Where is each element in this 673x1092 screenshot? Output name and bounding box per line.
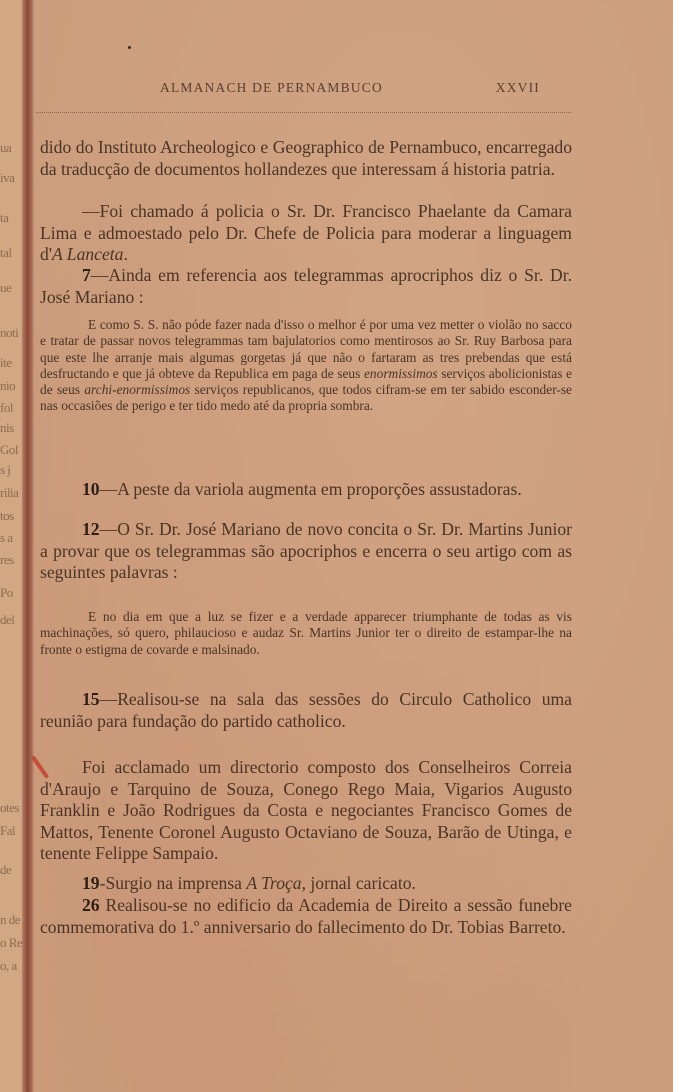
- ink-speck: [128, 46, 131, 49]
- previous-page-text-fragment: tos: [0, 508, 14, 524]
- publication-title: ALMANACH DE PERNAMBUCO: [160, 80, 383, 96]
- paragraph-police: —Foi chamado á policia o Sr. Dr. Francis…: [40, 201, 572, 266]
- previous-page-text-fragment: o, a: [0, 958, 17, 974]
- previous-page-text-fragment: tal: [0, 245, 12, 261]
- quote-text: E no dia em que a luz se fizer e a verda…: [40, 609, 572, 658]
- entry-day-26: 26 Realisou-se no edificio da Academia d…: [40, 895, 572, 938]
- previous-page-text-fragment: s a: [0, 530, 13, 546]
- day-number: 26: [82, 895, 100, 915]
- italic-word: archi-enormissimos: [84, 382, 190, 397]
- paragraph-body: Realisou-se no edificio da Academia de D…: [40, 895, 572, 937]
- day-number: 7: [82, 265, 91, 285]
- entry-day-19: 19-Surgio na imprensa A Troça, jornal ca…: [40, 873, 572, 895]
- paragraph-body: —Ainda em referencia aos telegrammas apr…: [40, 265, 572, 307]
- previous-page-text-fragment: ue: [0, 280, 11, 296]
- page-number: XXVII: [496, 80, 540, 96]
- previous-page-text-fragment: rilia: [0, 485, 18, 501]
- paragraph-text: dido do Instituto Archeologico e Geograp…: [40, 137, 572, 180]
- paragraph-body: —O Sr. Dr. José Mariano de novo concita …: [40, 519, 572, 582]
- previous-page-text-fragment: otes: [0, 800, 19, 816]
- day-number: 10: [82, 479, 100, 499]
- paragraph-text: 10—A peste da variola augmenta em propor…: [40, 479, 572, 501]
- paragraph-text: —Foi chamado á policia o Sr. Dr. Francis…: [40, 201, 572, 266]
- previous-page-text-fragment: Gol: [0, 442, 18, 458]
- paragraph-text: Foi acclamado um directorio composto dos…: [40, 757, 572, 865]
- quote-text: E como S. S. não póde fazer nada d'isso …: [40, 317, 572, 415]
- previous-page-text-fragment: nio: [0, 378, 15, 394]
- paragraph-text: 26 Realisou-se no edificio da Academia d…: [40, 895, 572, 938]
- entry-day-15: 15—Realisou-se na sala das sessões do Ci…: [40, 689, 572, 732]
- paragraph-body: —A peste da variola augmenta em proporçõ…: [100, 479, 522, 499]
- italic-word: enormissimos: [364, 366, 438, 381]
- quotation-martins-junior: E no dia em que a luz se fizer e a verda…: [40, 609, 572, 658]
- quotation-jose-mariano: E como S. S. não póde fazer nada d'isso …: [40, 317, 572, 415]
- previous-page-text-fragment: noti: [0, 325, 18, 341]
- paragraph-body: -Surgio na imprensa: [100, 873, 247, 893]
- previous-page-text-fragment: ta: [0, 210, 8, 226]
- entry-day-10: 10—A peste da variola augmenta em propor…: [40, 479, 572, 501]
- previous-page-text-fragment: n de: [0, 912, 20, 928]
- paragraph-institute: dido do Instituto Archeologico e Geograp…: [40, 137, 572, 180]
- previous-page-text-fragment: nis: [0, 420, 14, 436]
- previous-page-text-fragment: s j: [0, 462, 10, 478]
- previous-page-text-fragment: o Re: [0, 935, 22, 951]
- book-spine-gutter: [22, 0, 34, 1092]
- entry-day-7: 7—Ainda em referencia aos telegrammas ap…: [40, 265, 572, 308]
- previous-page-text-fragment: res: [0, 552, 14, 568]
- newspaper-title: A Lanceta: [52, 244, 124, 264]
- previous-page-text-fragment: ite: [0, 355, 12, 371]
- day-number: 12: [82, 519, 100, 539]
- day-number: 15: [82, 689, 100, 709]
- entry-day-12: 12—O Sr. Dr. José Mariano de novo concit…: [40, 519, 572, 584]
- previous-page-text-fragment: fol: [0, 400, 13, 416]
- punctuation: .: [123, 244, 127, 264]
- running-header: ALMANACH DE PERNAMBUCO XXVII: [160, 80, 540, 96]
- paragraph-body: —Realisou-se na sala das sessões do Circ…: [40, 689, 572, 731]
- previous-page-text-fragment: del: [0, 612, 14, 628]
- paragraph-text: 15—Realisou-se na sala das sessões do Ci…: [40, 689, 572, 732]
- previous-page-edge: uaivatataluenotiiteniofolnisGols jriliat…: [0, 0, 22, 1092]
- previous-page-text-fragment: ua: [0, 140, 11, 156]
- previous-page-text-fragment: iva: [0, 170, 14, 186]
- paragraph-text: 7—Ainda em referencia aos telegrammas ap…: [40, 265, 572, 308]
- paragraph-text: 19-Surgio na imprensa A Troça, jornal ca…: [40, 873, 572, 895]
- previous-page-text-fragment: de: [0, 862, 11, 878]
- day-number: 19: [82, 873, 100, 893]
- paragraph-body: , jornal caricato.: [302, 873, 416, 893]
- previous-page-text-fragment: Fal: [0, 823, 15, 839]
- previous-page-text-fragment: Po: [0, 585, 13, 601]
- newspaper-title: A Troça: [246, 873, 301, 893]
- scanned-page: uaivatataluenotiiteniofolnisGols jriliat…: [0, 0, 673, 1092]
- header-dotted-rule: [36, 112, 571, 113]
- paragraph-text: 12—O Sr. Dr. José Mariano de novo concit…: [40, 519, 572, 584]
- paragraph-directorio: Foi acclamado um directorio composto dos…: [40, 757, 572, 865]
